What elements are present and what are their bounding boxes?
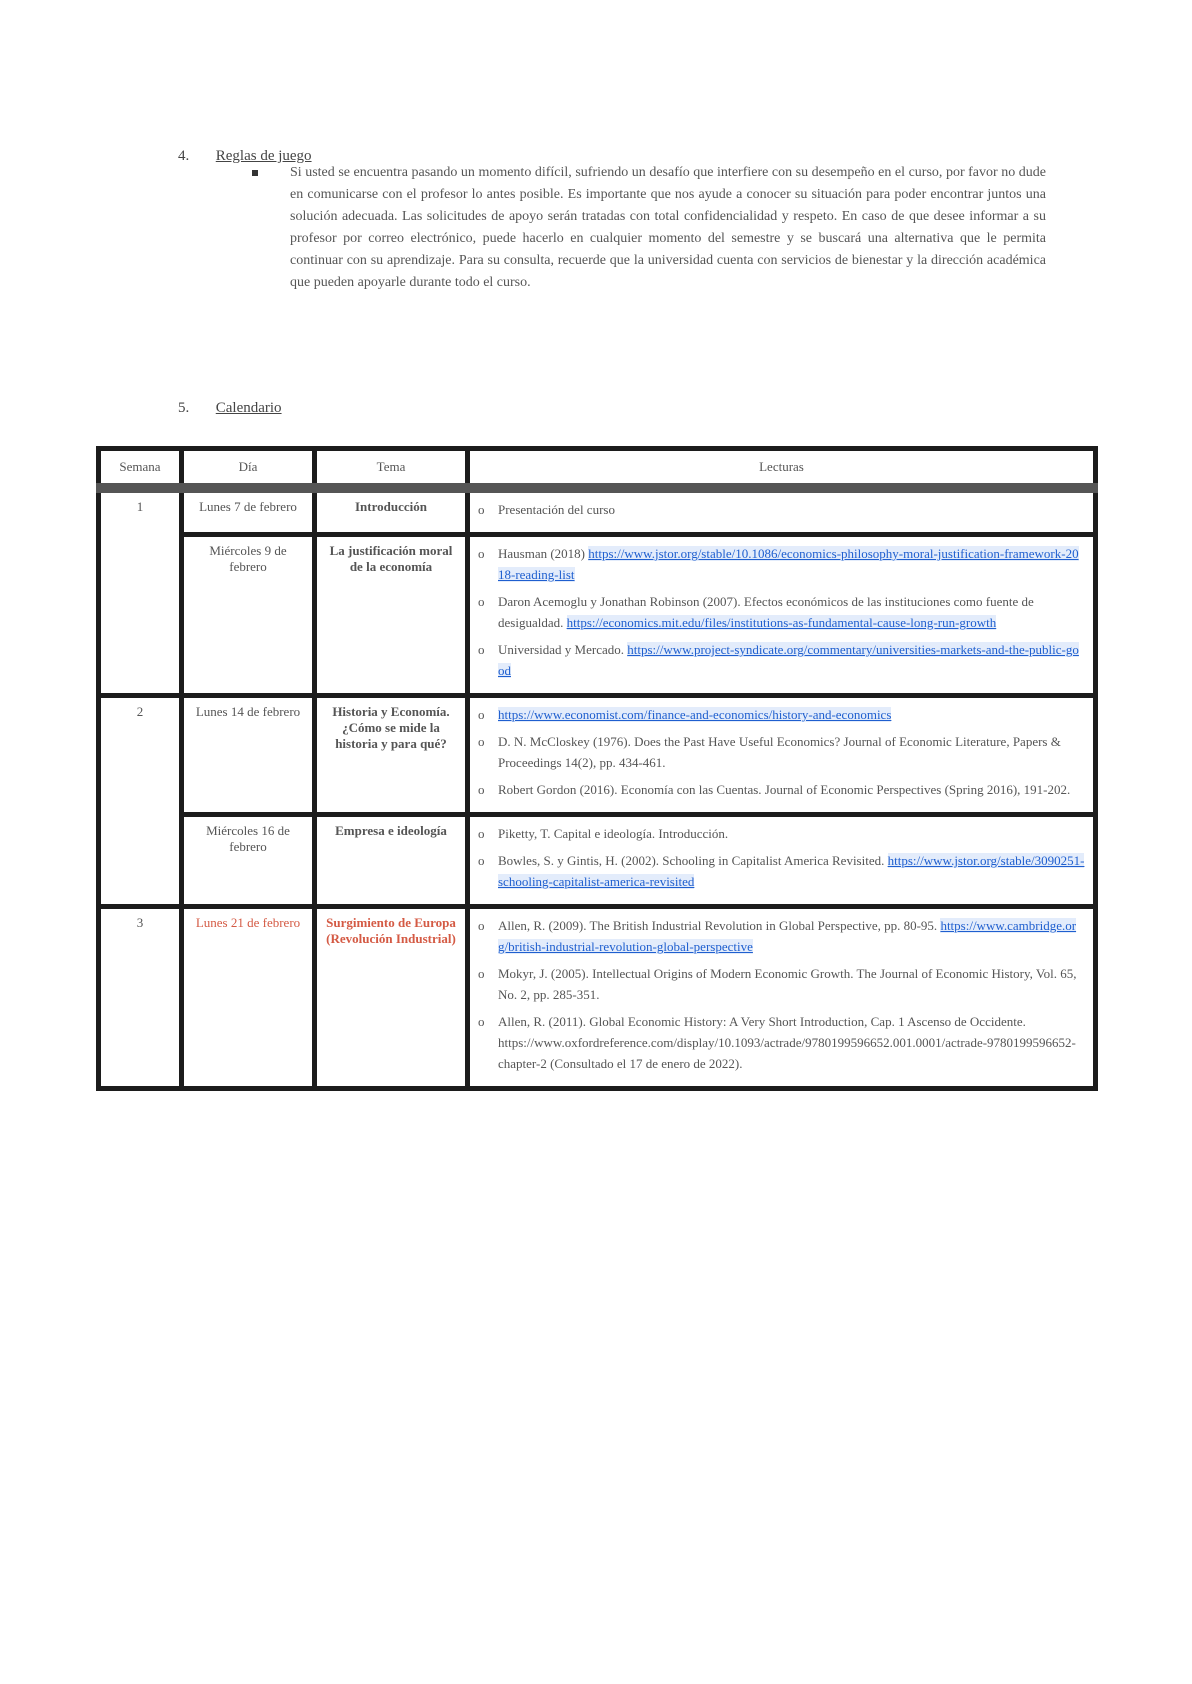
reading-item: Allen, R. (2011). Global Economic Histor… <box>498 1011 1085 1074</box>
reading-link[interactable]: https://economics.mit.edu/files/institut… <box>567 615 997 630</box>
header-topic: Tema <box>315 449 468 489</box>
reading-citation: Bowles, S. y Gintis, H. (2002). Schoolin… <box>498 853 888 868</box>
session-topic: La justificación moral de la economía <box>315 535 468 696</box>
session-topic: Surgimiento de Europa (Revolución Indust… <box>315 907 468 1089</box>
week-number: 3 <box>99 907 182 1089</box>
reading-citation: Presentación del curso <box>498 502 615 517</box>
reading-item: Allen, R. (2009). The British Industrial… <box>498 915 1085 957</box>
session-day: Lunes 14 de febrero <box>182 696 315 815</box>
session-readings: Piketty, T. Capital e ideología. Introdu… <box>468 815 1096 907</box>
rules-paragraph: Si usted se encuentra pasando un momento… <box>290 162 1046 294</box>
table-row: 3Lunes 21 de febreroSurgimiento de Europ… <box>99 907 1096 1089</box>
session-day: Lunes 7 de febrero <box>182 488 315 535</box>
reading-item: Robert Gordon (2016). Economía con las C… <box>498 779 1085 800</box>
reading-item: Daron Acemoglu y Jonathan Robinson (2007… <box>498 591 1085 633</box>
readings-list: Presentación del curso <box>478 499 1085 520</box>
reading-link[interactable]: https://www.economist.com/finance-and-ec… <box>498 707 891 722</box>
table-row: Miércoles 16 de febreroEmpresa e ideolog… <box>99 815 1096 907</box>
header-readings: Lecturas <box>468 449 1096 489</box>
session-day: Lunes 21 de febrero <box>182 907 315 1089</box>
section-5-heading: 5. Calendario <box>178 400 282 417</box>
section-title: Calendario <box>216 400 282 416</box>
session-readings: https://www.economist.com/finance-and-ec… <box>468 696 1096 815</box>
reading-citation: Mokyr, J. (2005). Intellectual Origins o… <box>498 966 1077 1002</box>
session-topic: Introducción <box>315 488 468 535</box>
readings-list: Allen, R. (2009). The British Industrial… <box>478 915 1085 1074</box>
reading-item: Presentación del curso <box>498 499 1085 520</box>
session-day: Miércoles 9 de febrero <box>182 535 315 696</box>
reading-citation: Robert Gordon (2016). Economía con las C… <box>498 782 1070 797</box>
section-number: 5. <box>178 400 212 417</box>
reading-item: Bowles, S. y Gintis, H. (2002). Schoolin… <box>498 850 1085 892</box>
session-day: Miércoles 16 de febrero <box>182 815 315 907</box>
section-number: 4. <box>178 148 212 165</box>
reading-citation: Universidad y Mercado. <box>498 642 627 657</box>
reading-item: Universidad y Mercado. https://www.proje… <box>498 639 1085 681</box>
reading-citation: Allen, R. (2011). Global Economic Histor… <box>498 1014 1076 1071</box>
reading-citation: Allen, R. (2009). The British Industrial… <box>498 918 940 933</box>
table-header-row: Semana Día Tema Lecturas <box>99 449 1096 489</box>
table-row: Miércoles 9 de febreroLa justificación m… <box>99 535 1096 696</box>
reading-citation: D. N. McCloskey (1976). Does the Past Ha… <box>498 734 1061 770</box>
session-topic: Empresa e ideología <box>315 815 468 907</box>
table-row: 2Lunes 14 de febreroHistoria y Economía.… <box>99 696 1096 815</box>
reading-item: Hausman (2018) https://www.jstor.org/sta… <box>498 543 1085 585</box>
session-topic: Historia y Economía. ¿Cómo se mide la hi… <box>315 696 468 815</box>
calendar-table: Semana Día Tema Lecturas 1Lunes 7 de feb… <box>96 446 1098 1091</box>
bullet-icon <box>252 170 258 176</box>
table-row: 1Lunes 7 de febreroIntroducciónPresentac… <box>99 488 1096 535</box>
reading-citation: Piketty, T. Capital e ideología. Introdu… <box>498 826 728 841</box>
week-number: 1 <box>99 488 182 696</box>
readings-list: Hausman (2018) https://www.jstor.org/sta… <box>478 543 1085 681</box>
header-day: Día <box>182 449 315 489</box>
session-readings: Allen, R. (2009). The British Industrial… <box>468 907 1096 1089</box>
reading-item: Piketty, T. Capital e ideología. Introdu… <box>498 823 1085 844</box>
reading-item: Mokyr, J. (2005). Intellectual Origins o… <box>498 963 1085 1005</box>
readings-list: https://www.economist.com/finance-and-ec… <box>478 704 1085 800</box>
header-week: Semana <box>99 449 182 489</box>
week-number: 2 <box>99 696 182 907</box>
reading-citation: Hausman (2018) <box>498 546 588 561</box>
readings-list: Piketty, T. Capital e ideología. Introdu… <box>478 823 1085 892</box>
session-readings: Presentación del curso <box>468 488 1096 535</box>
session-readings: Hausman (2018) https://www.jstor.org/sta… <box>468 535 1096 696</box>
reading-item: D. N. McCloskey (1976). Does the Past Ha… <box>498 731 1085 773</box>
reading-item: https://www.economist.com/finance-and-ec… <box>498 704 1085 725</box>
